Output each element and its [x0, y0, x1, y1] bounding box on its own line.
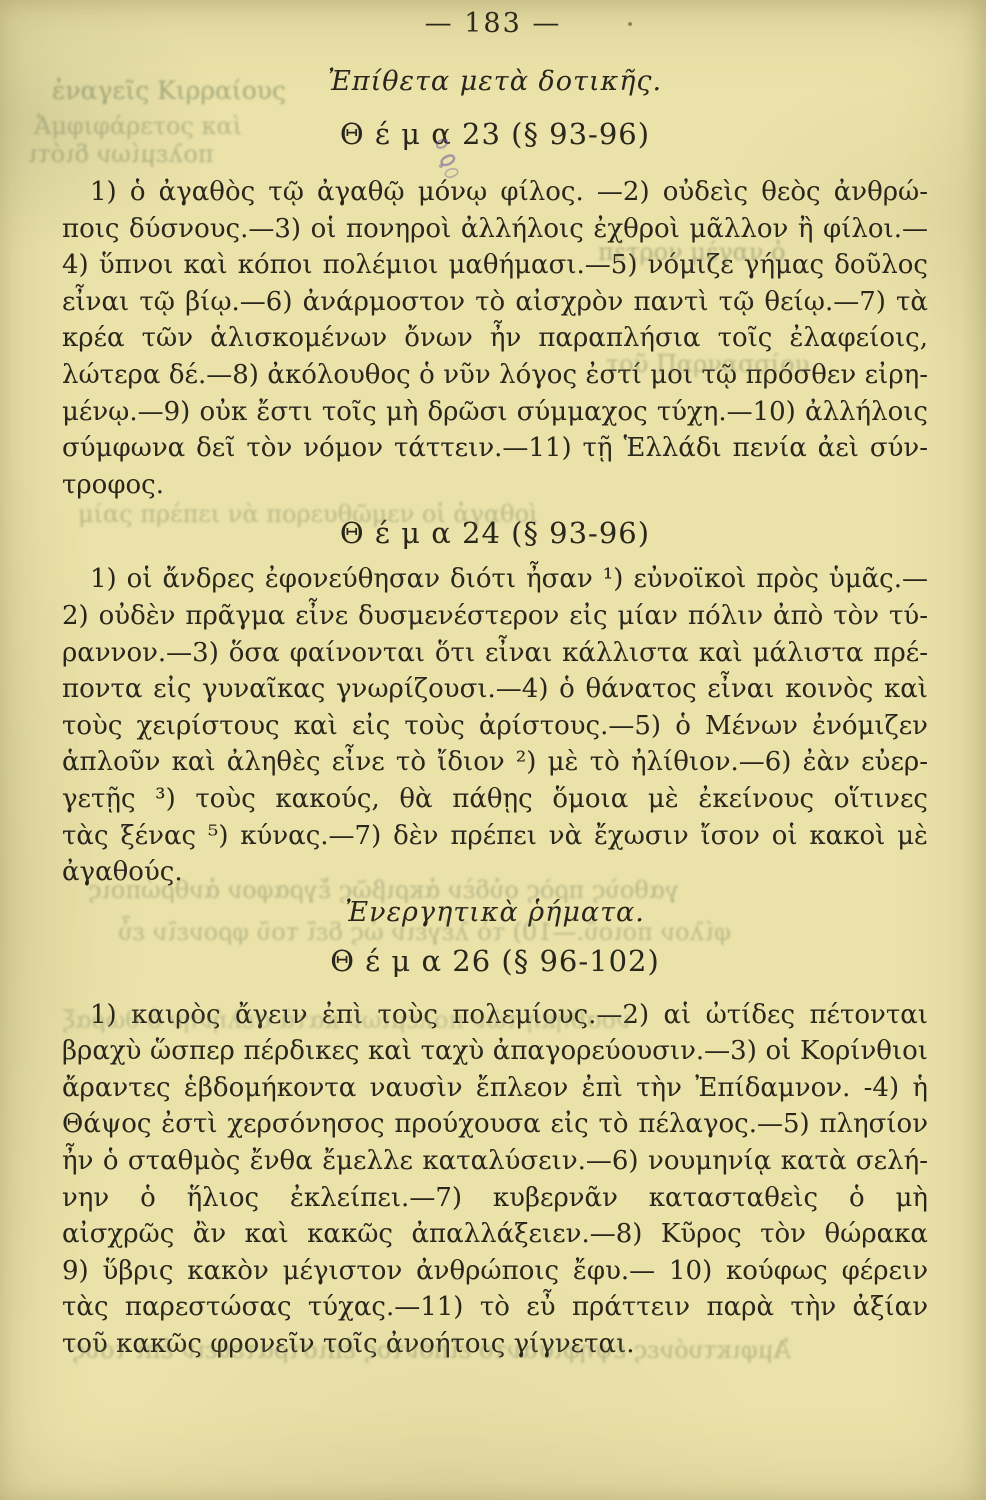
text-line: τροφος.	[62, 467, 928, 504]
text-line: 9) ὕβρις κακὸν μέγιστον ἀνθρώποις ἔφυ.— …	[62, 1253, 928, 1290]
text-line: Θάψος ἐστὶ χερσόνησος προύχουσα εἰς τὸ π…	[62, 1106, 928, 1143]
text-line: 4) ὕπνοι καὶ κόποι πολέμιοι μαθήμασι.—5)…	[62, 247, 928, 284]
section-subtitle-adjectives-with-dative: Ἐπίθετα μετὰ δοτικῆς.	[62, 64, 928, 100]
text-line: τὰς ξένας ⁵) κύνας.—7) δὲν πρέπει νὰ ἔχω…	[62, 818, 928, 855]
text-line: αἰσχρῶς ἂν καὶ κακῶς ἀπαλλάξειεν.—8) Κῦρ…	[62, 1216, 928, 1253]
text-block: Ἐπίθετα μετὰ δοτικῆς. Θ έ μ α 23 (§ 93-9…	[62, 64, 928, 1363]
text-line: 1) ὁ ἀγαθὸς τῷ ἀγαθῷ μόνῳ φίλος. —2) οὐδ…	[62, 174, 928, 211]
text-line: ραννον.—3) ὅσα φαίνονται ὅτι εἶναι κάλλι…	[62, 635, 928, 672]
paper-speck	[628, 22, 632, 26]
exercise-paragraph-thema-26: 1) καιρὸς ἄγειν ἐπὶ τοὺς πολεμίους.—2) α…	[62, 997, 928, 1363]
text-line: 1) καιρὸς ἄγειν ἐπὶ τοὺς πολεμίους.—2) α…	[62, 997, 928, 1034]
text-line: 2) οὐδὲν πρᾶγμα εἶνε δυσμενέστερον εἰς μ…	[62, 598, 928, 635]
section-heading-thema-26: Θ έ μ α 26 (§ 96-102)	[62, 941, 928, 981]
text-line: μένῳ.—9) οὐκ ἔστι τοῖς μὴ δρῶσι σύμμαχος…	[62, 394, 928, 431]
text-line: 1) οἱ ἄνδρες ἐφονεύθησαν διότι ἦσαν ¹) ε…	[62, 561, 928, 598]
text-line: σύμφωνα δεῖ τὸν νόμον τάττειν.—11) τῇ Ἑλ…	[62, 430, 928, 467]
text-line: λώτερα δέ.—8) ἀκόλουθος ὁ νῦν λόγος ἐστί…	[62, 357, 928, 394]
text-line: ποις δύσνους.—3) οἱ πονηροὶ ἀλλήλοις ἐχθ…	[62, 211, 928, 248]
text-line: τὰς παρεστώσας τύχας.—11) τὸ εὖ πράττειν…	[62, 1289, 928, 1326]
text-line: νην ὁ ἥλιος ἐκλείπει.—7) κυβερνᾶν καταστ…	[62, 1180, 928, 1217]
page-number: — 183 —	[0, 0, 986, 42]
text-line: ἦν ὁ σταθμὸς ἔνθα ἔμελλε καταλύσειν.—6) …	[62, 1143, 928, 1180]
text-line: ποντα εἰς γυναῖκας γνωρίζουσι.—4) ὁ θάνα…	[62, 671, 928, 708]
exercise-paragraph-thema-24: 1) οἱ ἄνδρες ἐφονεύθησαν διότι ἦσαν ¹) ε…	[62, 561, 928, 890]
section-heading-thema-24: Θ έ μ α 24 (§ 93-96)	[62, 513, 928, 553]
text-line: βραχὺ ὥσπερ πέρδικες καὶ ταχὺ ἀπαγορεύου…	[62, 1033, 928, 1070]
section-subtitle-active-verbs: Ἐνεργητικὰ ῥήματα.	[62, 895, 928, 931]
book-page: ἐναγεῖς Κιρραίους Ἀμφιφάρετος καὶ πολεμί…	[0, 0, 986, 1500]
text-line: ἄραντες ἑβδομήκοντα ναυσὶν ἔπλεον ἐπὶ τὴ…	[62, 1070, 928, 1107]
text-line: ἁπλοῦν καὶ ἀληθὲς εἶνε τὸ ἴδιον ²) μὲ τὸ…	[62, 744, 928, 781]
text-line: γετῇς ³) τοὺς κακούς, θὰ πάθῃς ὅμοια μὲ …	[62, 781, 928, 818]
text-line: τοὺς χειρίστους καὶ εἰς τοὺς ἀρίστους.—5…	[62, 708, 928, 745]
text-line: κρέα τῶν ἁλισκομένων ὄνων ἦν παραπλήσια …	[62, 320, 928, 357]
text-line: τοῦ κακῶς φρονεῖν τοῖς ἀνοήτοις γίγνεται…	[62, 1326, 928, 1363]
text-line: ἀγαθούς.	[62, 854, 928, 891]
text-line: εἶναι τῷ βίῳ.—6) ἀνάρμοστον τὸ αἰσχρὸν π…	[62, 284, 928, 321]
section-heading-thema-23: Θ έ μ α 23 (§ 93-96)	[62, 114, 928, 154]
exercise-paragraph-thema-23: 1) ὁ ἀγαθὸς τῷ ἀγαθῷ μόνῳ φίλος. —2) οὐδ…	[62, 174, 928, 503]
